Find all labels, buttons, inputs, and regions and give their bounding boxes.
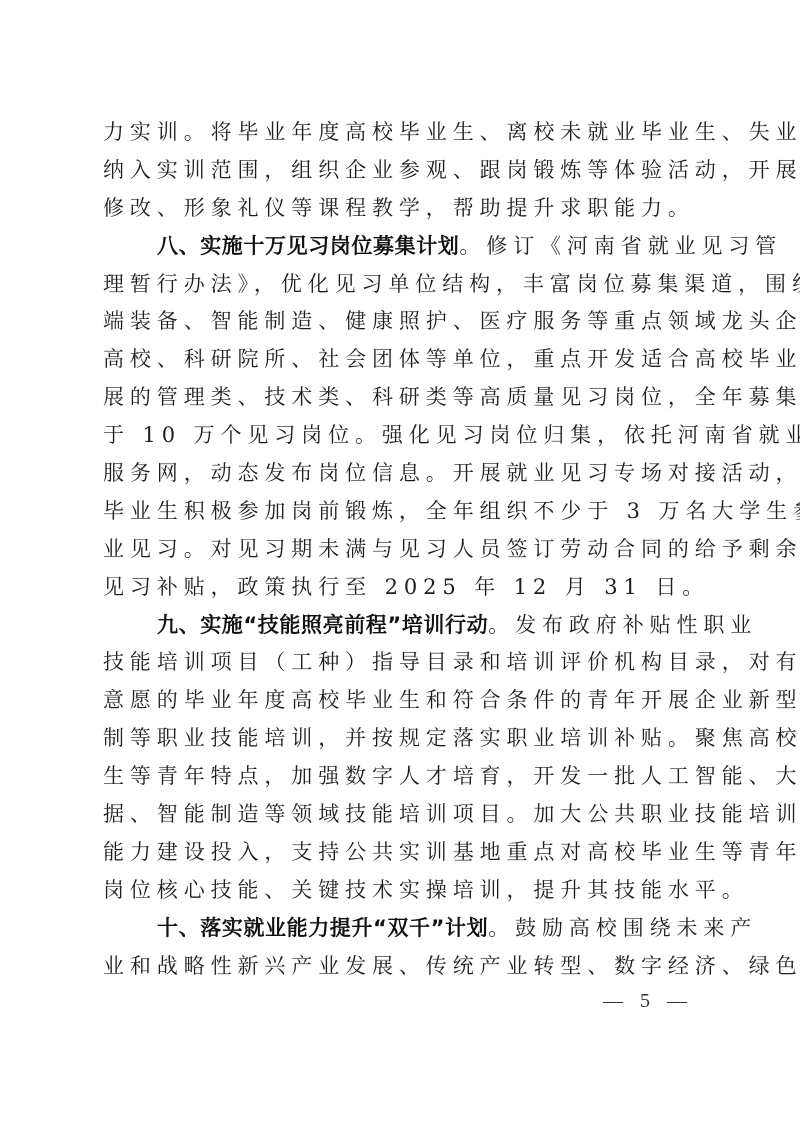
text-line: 见习补贴，政策执行至 2025 年 12 月 31 日。 [103, 569, 697, 607]
section-heading: 十、落实就业能力提升“双千”计划 [157, 916, 488, 940]
text-line: 能力建设投入，支持公共实训基地重点对高校毕业生等青年进行 [103, 834, 697, 872]
text-line: 业和战略性新兴产业发展、传统产业转型、数字经济、绿色经 [103, 948, 697, 986]
text-run: 。鼓励高校围绕未来产 [488, 916, 757, 940]
paragraph-section-10: 十、落实就业能力提升“双千”计划。鼓励高校围绕未来产 业和战略性新兴产业发展、传… [103, 910, 697, 986]
text-line: 高校、科研院所、社会团体等单位，重点开发适合高校毕业生发 [103, 341, 697, 379]
paragraph-section-8: 八、实施十万见习岗位募集计划。修订《河南省就业见习管 理暂行办法》，优化见习单位… [103, 228, 697, 607]
paragraph-section-9: 九、实施“技能照亮前程”培训行动。发布政府补贴性职业 技能培训项目（工种）指导目… [103, 607, 697, 910]
text-line: 力实训。将毕业年度高校毕业生、离校未就业毕业生、失业青年 [103, 114, 697, 152]
text-line: 修改、形象礼仪等课程教学，帮助提升求职能力。 [103, 190, 697, 228]
document-page: 力实训。将毕业年度高校毕业生、离校未就业毕业生、失业青年 纳入实训范围，组织企业… [103, 114, 697, 985]
text-line-first: 十、落实就业能力提升“双千”计划。鼓励高校围绕未来产 [103, 910, 697, 948]
text-line: 服务网，动态发布岗位信息。开展就业见习专场对接活动，鼓励 [103, 455, 697, 493]
text-line: 于 10 万个见习岗位。强化见习岗位归集，依托河南省就业创业 [103, 417, 697, 455]
text-line: 毕业生积极参加岗前锻炼，全年组织不少于 3 万名大学生参与就 [103, 493, 697, 531]
page-number: — 5 — [603, 990, 693, 1013]
text-line: 岗位核心技能、关键技术实操培训，提升其技能水平。 [103, 872, 697, 910]
text-line: 制等职业技能培训，并按规定落实职业培训补贴。聚焦高校毕业 [103, 720, 697, 758]
text-line: 纳入实训范围，组织企业参观、跟岗锻炼等体验活动，开展简历 [103, 152, 697, 190]
text-line-first: 九、实施“技能照亮前程”培训行动。发布政府补贴性职业 [103, 607, 697, 645]
text-line: 业见习。对见习期未满与见习人员签订劳动合同的给予剩余期限 [103, 531, 697, 569]
section-heading: 九、实施“技能照亮前程”培训行动 [157, 613, 488, 637]
text-line: 技能培训项目（工种）指导目录和培训评价机构目录，对有培训 [103, 644, 697, 682]
text-line: 端装备、智能制造、健康照护、医疗服务等重点领域龙头企业和 [103, 303, 697, 341]
text-run: 。发布政府补贴性职业 [488, 613, 757, 637]
section-heading: 八、实施十万见习岗位募集计划 [157, 234, 459, 258]
text-line-first: 八、实施十万见习岗位募集计划。修订《河南省就业见习管 [103, 228, 697, 266]
text-line: 据、智能制造等领域技能培训项目。加大公共职业技能培训基础 [103, 796, 697, 834]
text-line: 意愿的毕业年度高校毕业生和符合条件的青年开展企业新型学徒 [103, 682, 697, 720]
text-line: 理暂行办法》，优化见习单位结构，丰富岗位募集渠道，围绕高 [103, 266, 697, 304]
text-run: 。修订《河南省就业见习管 [459, 234, 782, 258]
text-line: 展的管理类、技术类、科研类等高质量见习岗位，全年募集不少 [103, 379, 697, 417]
paragraph-intro-continued: 力实训。将毕业年度高校毕业生、离校未就业毕业生、失业青年 纳入实训范围，组织企业… [103, 114, 697, 228]
text-line: 生等青年特点，加强数字人才培育，开发一批人工智能、大数 [103, 758, 697, 796]
